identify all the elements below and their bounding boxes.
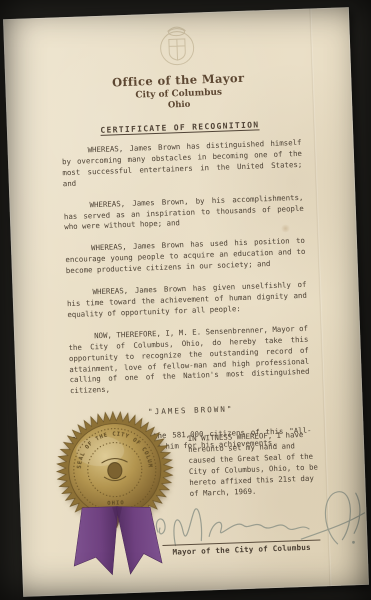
letterhead: Office of the Mayor City of Columbus Ohi… [3, 7, 353, 138]
now-therefore-paragraph: NOW, THEREFORE, I, M. E. Sensenbrenner, … [68, 324, 310, 398]
ribbon-left-tail [72, 506, 120, 576]
certificate-paper: Office of the Mayor City of Columbus Ohi… [3, 7, 369, 597]
whereas-paragraph-4: WHEREAS, James Brown has given unselfish… [66, 280, 307, 321]
scan-background: { "header": { "crest_icon": "embossed-ci… [0, 0, 371, 600]
certificate-content: Office of the Mayor City of Columbus Ohi… [3, 7, 369, 597]
whereas-paragraph-2: WHEREAS, James Brown, by his accomplishm… [63, 192, 304, 233]
certificate-title: CERTIFICATE OF RECOGNITION [7, 117, 353, 138]
city-crest-emboss-icon [153, 21, 201, 69]
whereas-paragraph-1: WHEREAS, James Brown has distinguished h… [61, 138, 302, 190]
whereas-paragraph-3: WHEREAS, James Brown has used his positi… [65, 236, 306, 277]
